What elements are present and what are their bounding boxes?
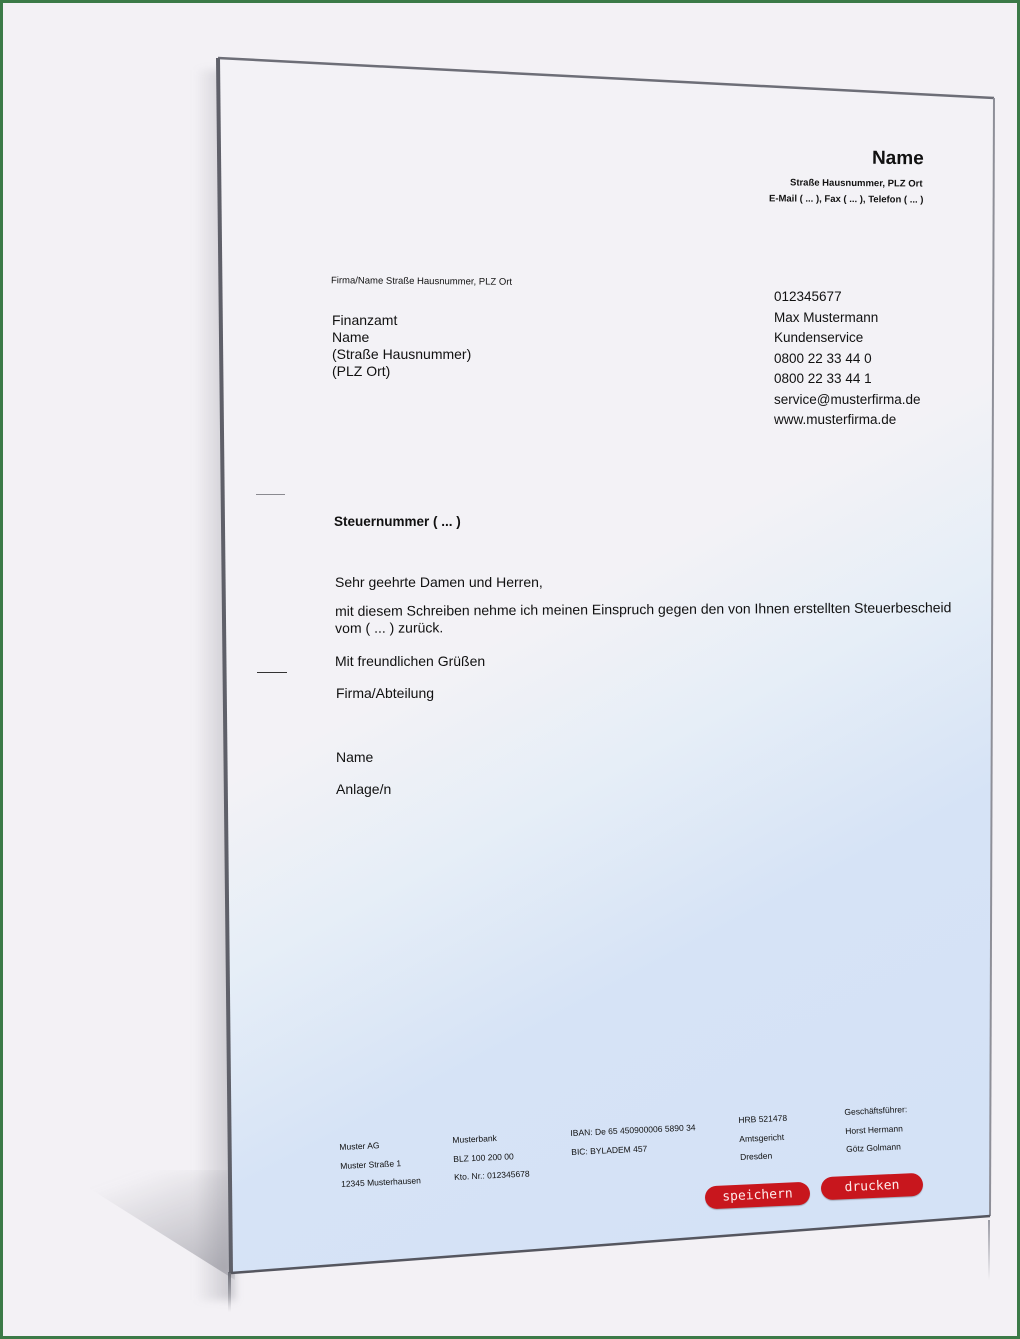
letter-department: Firma/Abteilung (336, 685, 434, 701)
recipient-line: Finanzamt (332, 312, 471, 329)
footer-company-city: 12345 Musterhausen (341, 1171, 422, 1193)
footer-bank: Musterbank BLZ 100 200 00 Kto. Nr.: 0123… (452, 1128, 530, 1187)
letter-body-line: vom ( ... ) zurück. (335, 616, 951, 637)
letter-closing: Mit freundlichen Grüßen (335, 653, 485, 669)
letterhead-name: Name (872, 148, 924, 170)
info-phone: 0800 22 33 44 0 (774, 349, 921, 370)
fold-mark (256, 494, 285, 495)
letterhead-contact: E-Mail ( ... ), Fax ( ... ), Telefon ( .… (768, 193, 923, 205)
info-website: www.musterfirma.de (774, 410, 921, 431)
sender-return-line: Firma/Name Straße Hausnummer, PLZ Ort (331, 275, 512, 288)
info-block: 012345677 Max Mustermann Kundenservice 0… (774, 287, 921, 431)
footer-company: Muster AG Muster Straße 1 12345 Musterha… (339, 1134, 421, 1193)
letter-attachments: Anlage/n (336, 781, 391, 797)
footer-manager-2: Götz Golmann (846, 1137, 910, 1158)
sheet-shadow-bottom (60, 1170, 235, 1280)
footer-bank-account: Kto. Nr.: 012345678 (454, 1165, 530, 1187)
sheet-reflection-right (988, 1220, 990, 1280)
recipient-line: Name (332, 329, 471, 346)
letterhead-street: Straße Hausnummer, PLZ Ort (790, 177, 923, 189)
footer-iban: IBAN: De 65 450900006 5890 34 BIC: BYLAD… (570, 1118, 697, 1161)
recipient-line: (PLZ Ort) (332, 363, 471, 380)
save-button[interactable]: speichern (705, 1182, 811, 1210)
info-email: service@musterfirma.de (774, 390, 921, 411)
footer-management-label: Geschäftsführer: (844, 1100, 908, 1121)
footer-management: Geschäftsführer: Horst Hermann Götz Golm… (844, 1100, 909, 1158)
footer-court: Amtsgericht (739, 1127, 788, 1148)
recipient-address: Finanzamt Name (Straße Hausnummer) (PLZ … (332, 312, 471, 380)
letter-salutation: Sehr geehrte Damen und Herren, (335, 574, 543, 590)
info-contact-person: Max Mustermann (774, 308, 921, 329)
sheet-reflection (228, 1272, 231, 1312)
info-fax: 0800 22 33 44 1 (774, 369, 921, 390)
letter-subject: Steuernummer ( ... ) (334, 514, 461, 529)
letter-signature-name: Name (336, 749, 373, 765)
info-department: Kundenservice (774, 328, 921, 349)
letter-body: mit diesem Schreiben nehme ich meinen Ei… (335, 599, 952, 637)
document-sheet: Name Straße Hausnummer, PLZ Ort E-Mail (… (0, 0, 1020, 1339)
recipient-line: (Straße Hausnummer) (332, 346, 471, 363)
footer-court-city: Dresden (740, 1146, 789, 1167)
footer-hrb: HRB 521478 (738, 1109, 787, 1130)
info-reference: 012345677 (774, 287, 921, 308)
punch-mark (257, 672, 287, 673)
footer-register: HRB 521478 Amtsgericht Dresden (738, 1109, 789, 1167)
print-button[interactable]: drucken (821, 1173, 924, 1201)
